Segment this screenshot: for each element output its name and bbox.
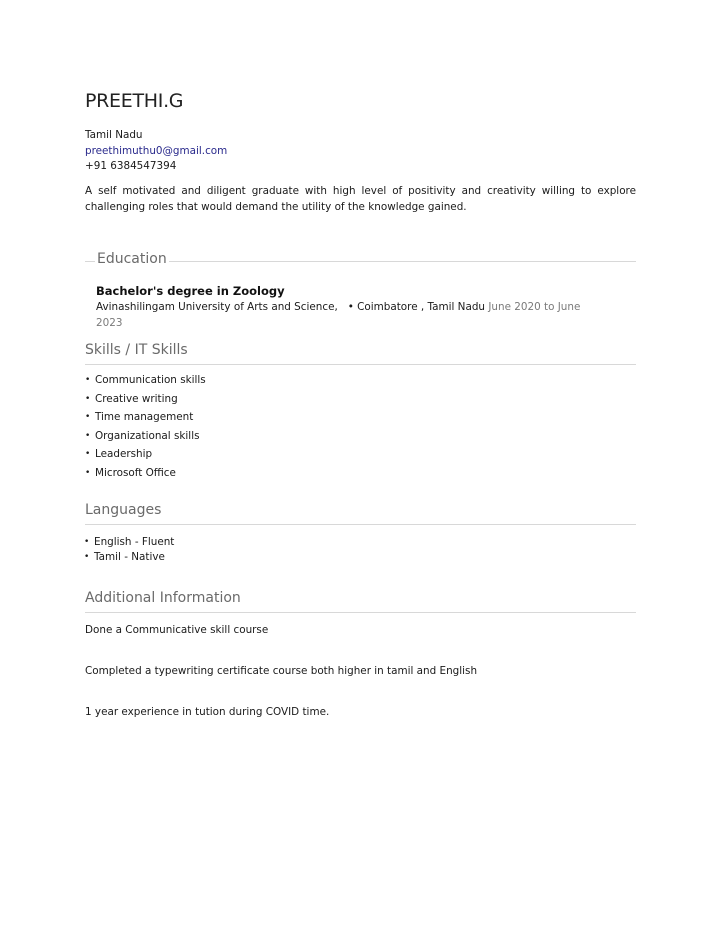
phone: +91 6384547394 xyxy=(85,159,227,175)
list-item: Leadership xyxy=(85,445,206,464)
list-item: Communication skills xyxy=(85,371,206,390)
education-location: • Coimbatore , Tamil Nadu xyxy=(348,301,485,313)
list-item: Time management xyxy=(85,408,206,427)
additional-item: Done a Communicative skill course xyxy=(85,624,268,636)
languages-list: English - Fluent Tamil - Native xyxy=(84,535,174,565)
additional-item: 1 year experience in tution during COVID… xyxy=(85,706,329,718)
list-item: Microsoft Office xyxy=(85,464,206,483)
summary: A self motivated and diligent graduate w… xyxy=(85,184,636,215)
section-title-additional: Additional Information xyxy=(85,590,241,606)
candidate-name: PREETHI.G xyxy=(85,90,183,112)
section-title-skills: Skills / IT Skills xyxy=(85,342,188,358)
divider xyxy=(85,612,636,613)
degree: Bachelor's degree in Zoology xyxy=(96,284,596,298)
divider xyxy=(85,364,636,365)
additional-item: Completed a typewriting certificate cour… xyxy=(85,665,477,677)
list-item: Tamil - Native xyxy=(84,550,174,565)
divider xyxy=(85,524,636,525)
email-link[interactable]: preethimuthu0@gmail.com xyxy=(85,144,227,160)
institution: Avinashilingam University of Arts and Sc… xyxy=(96,301,338,313)
section-title-education: Education xyxy=(95,251,169,267)
section-title-languages: Languages xyxy=(85,502,161,518)
location: Tamil Nadu xyxy=(85,128,227,144)
education-detail: Avinashilingam University of Arts and Sc… xyxy=(96,299,596,331)
list-item: Organizational skills xyxy=(85,427,206,446)
education-entry: Bachelor's degree in Zoology Avinashilin… xyxy=(96,284,596,331)
contact-block: Tamil Nadu preethimuthu0@gmail.com +91 6… xyxy=(85,128,227,175)
skills-list: Communication skills Creative writing Ti… xyxy=(85,371,206,483)
list-item: English - Fluent xyxy=(84,535,174,550)
list-item: Creative writing xyxy=(85,390,206,409)
